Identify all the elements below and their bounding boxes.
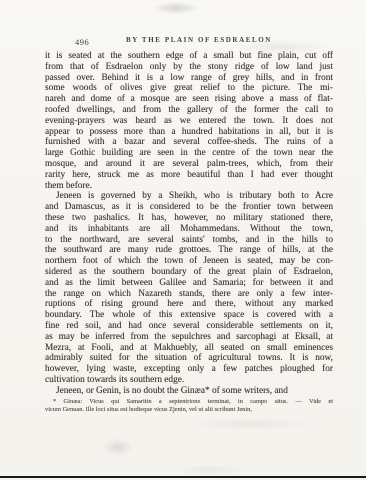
text-line: from that of Esdraelon only by the stony…: [45, 62, 333, 73]
text-line: Jeneen is governed by a Sheikh, who is t…: [45, 191, 333, 202]
text-line: however, lying waste, excepting only a f…: [45, 364, 333, 375]
text-line: some woods of olives give great relief t…: [45, 83, 333, 94]
footnote: * Ginæa: Vicus qui Samaritin a septentri…: [45, 398, 333, 414]
text-line: roofed dwellings, and from the gallery o…: [45, 105, 333, 116]
text-line: and as the limit between Galilee and Sam…: [45, 278, 333, 289]
text-line: it is seated at the southern edge of a s…: [45, 51, 333, 62]
text-line: boundary. The whole of this extensive sp…: [45, 310, 333, 321]
text-line: evening-prayers was heard as we entered …: [45, 116, 333, 127]
text-line: ruptions of rising ground here and there…: [45, 299, 333, 310]
text-line: Jeneen, or Genin, is no doubt the Ginæa*…: [45, 386, 333, 397]
text-line: and Damascus, as it is considered to be …: [45, 202, 333, 213]
text-line: northern foot of which the town of Jenee…: [45, 256, 333, 267]
text-line: fine red soil, and had once several cons…: [45, 321, 333, 332]
text-line: the southward are many rude grottoes. Th…: [45, 245, 333, 256]
page-number: 496: [75, 37, 89, 47]
text-line: nareh and dome of a mosque are seen risi…: [45, 94, 333, 105]
text-line: them before.: [45, 181, 333, 192]
text-line: admirably suited for the situation of ag…: [45, 353, 333, 364]
text-line: and its inhabitants are all Mohammedans.…: [45, 224, 333, 235]
text-line: Mezra, at Fooli, and at Makhuebly, all s…: [45, 343, 333, 354]
text-line: as may be inferred from the sepulchres a…: [45, 332, 333, 343]
text-line: rarity here, struck me as more beautiful…: [45, 170, 333, 181]
text-line: large Gothic building are seen in the ce…: [45, 148, 333, 159]
text-line: appear to possess more than a hundred ha…: [45, 127, 333, 138]
book-page: 496 BY THE PLAIN OF ESDRAELON it is seat…: [0, 0, 366, 480]
page-header: 496 BY THE PLAIN OF ESDRAELON: [45, 36, 333, 49]
text-line: mosque, and around it are several palm-t…: [45, 159, 333, 170]
text-line: cultivation towards its southern edge.: [45, 375, 333, 386]
text-line: * Ginæa: Vicus qui Samaritin a septentri…: [45, 398, 333, 406]
text-line: sidered as the southern boundary of the …: [45, 267, 333, 278]
text-line: passed over. Behind it is a low range of…: [45, 73, 333, 84]
text-line: these two pashalics. It has, however, no…: [45, 213, 333, 224]
text-line: to the northward, are several saints' to…: [45, 235, 333, 246]
body-text: it is seated at the southern edge of a s…: [45, 51, 333, 397]
text-line: furnished with a bazar and several coffe…: [45, 137, 333, 148]
scan-bottom-edge: [0, 476, 366, 478]
text-line: vicum Genuan. Ille loci situs est hodieq…: [45, 406, 333, 414]
text-line: the range on which Nazareth stands, ther…: [45, 289, 333, 300]
